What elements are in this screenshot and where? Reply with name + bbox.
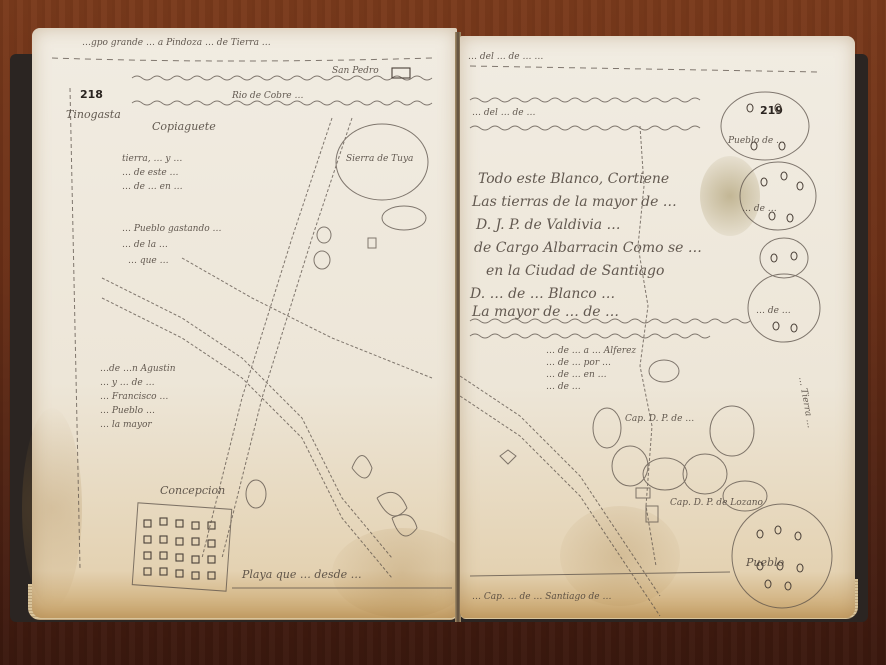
left-page: 218 …gpo grande … a Pindoza … de Tierra … (32, 28, 457, 618)
right-map-drawing (460, 36, 855, 618)
right-page: 219 … del … de … … … del … de … Todo est… (460, 36, 855, 618)
open-manuscript-book: 218 …gpo grande … a Pindoza … de Tierra … (8, 24, 870, 620)
left-map-drawing (32, 28, 457, 618)
